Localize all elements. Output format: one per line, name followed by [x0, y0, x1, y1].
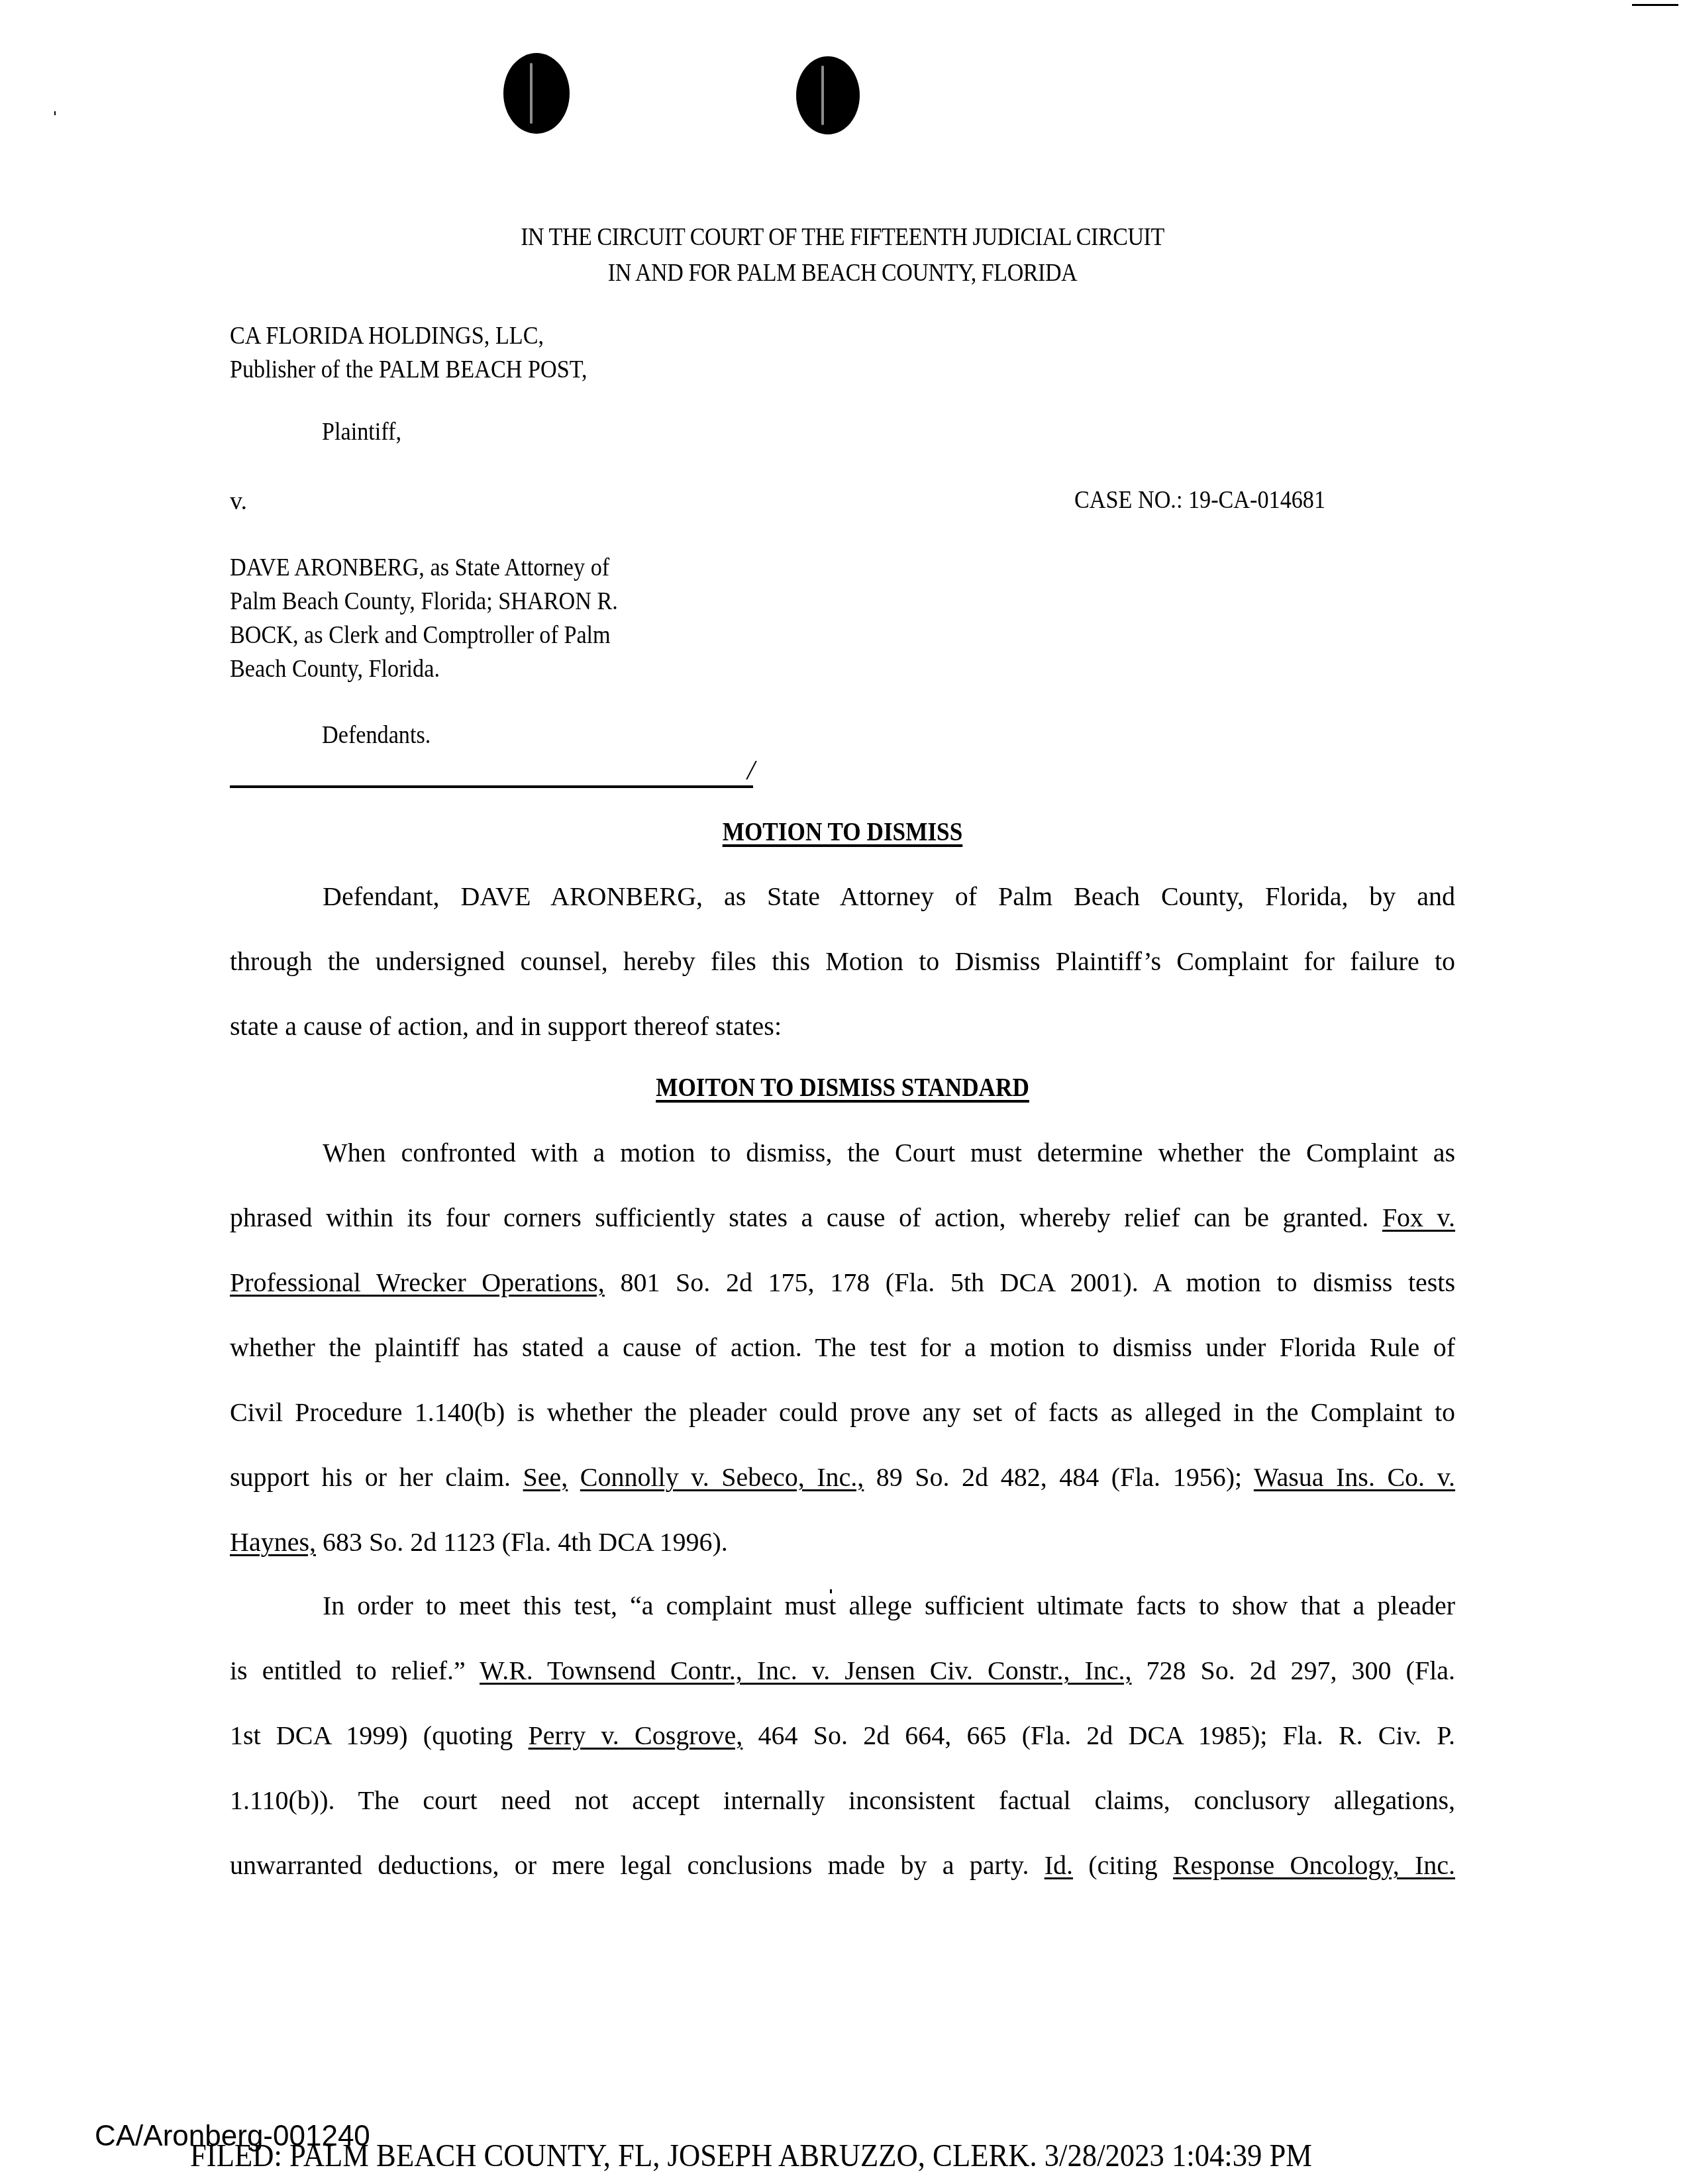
standard-paragraph-2: In order to meet this test, “a complaint…	[230, 1573, 1455, 1898]
citation-id: Id.	[1045, 1850, 1073, 1880]
p2-line-4: 1.110(b)). The court need not accept int…	[230, 1768, 1455, 1833]
plaintiff-description: Publisher of the PALM BEACH POST,	[230, 353, 587, 387]
defendants-role-label: Defendants.	[322, 720, 431, 750]
court-caption: IN THE CIRCUIT COURT OF THE FIFTEENTH JU…	[68, 220, 1617, 291]
p2-line-2: is entitled to relief.” W.R. Townsend Co…	[230, 1638, 1455, 1703]
p1-line-7: Haynes, 683 So. 2d 1123 (Fla. 4th DCA 19…	[230, 1510, 1455, 1575]
citation-fox: Fox v.	[1382, 1203, 1455, 1232]
intro-line-2: through the undersigned counsel, hereby …	[230, 929, 1455, 994]
citation-perry: Perry v. Cosgrove,	[529, 1720, 743, 1750]
p2-line-3: 1st DCA 1999) (quoting Perry v. Cosgrove…	[230, 1703, 1455, 1768]
case-number: CASE NO.: 19-CA-014681	[1074, 485, 1325, 515]
filing-stamp: FILED: PALM BEACH COUNTY, FL, JOSEPH ABR…	[190, 2138, 1312, 2174]
court-caption-line-2: IN AND FOR PALM BEACH COUNTY, FLORIDA	[68, 256, 1617, 291]
hole-punch-left	[503, 53, 570, 134]
plaintiff-block: CA FLORIDA HOLDINGS, LLC, Publisher of t…	[230, 319, 587, 387]
citation-professional-wrecker: Professional Wrecker Operations,	[230, 1267, 605, 1297]
section-heading: MOITON TO DISMISS STANDARD	[101, 1071, 1584, 1103]
p1-line-4: whether the plaintiff has stated a cause…	[230, 1315, 1455, 1380]
hole-punch-right	[796, 56, 860, 134]
court-caption-line-1: IN THE CIRCUIT COURT OF THE FIFTEENTH JU…	[68, 220, 1617, 256]
citation-connolly: Connolly v. Sebeco, Inc.,	[580, 1462, 864, 1492]
defendant-line-4: Beach County, Florida.	[230, 652, 618, 686]
p2-line-1: In order to meet this test, “a complaint…	[230, 1573, 1455, 1638]
document-title: MOTION TO DISMISS	[101, 816, 1584, 847]
p1-line-2: phrased within its four corners sufficie…	[230, 1185, 1455, 1250]
plaintiff-name: CA FLORIDA HOLDINGS, LLC,	[230, 319, 587, 353]
standard-paragraph-1: When confronted with a motion to dismiss…	[230, 1120, 1455, 1575]
citation-haynes: Haynes,	[230, 1527, 316, 1557]
p1-line-5: Civil Procedure 1.140(b) is whether the …	[230, 1380, 1455, 1445]
citation-response-oncology: Response Oncology, Inc.	[1173, 1850, 1455, 1880]
defendant-line-1: DAVE ARONBERG, as State Attorney of	[230, 551, 618, 585]
signal-see: See,	[523, 1462, 568, 1492]
defendant-line-3: BOCK, as Clerk and Comptroller of Palm	[230, 619, 618, 652]
p2-line-5: unwarranted deductions, or mere legal co…	[230, 1833, 1455, 1898]
defendants-block: DAVE ARONBERG, as State Attorney of Palm…	[230, 551, 618, 686]
defendant-line-2: Palm Beach County, Florida; SHARON R.	[230, 585, 618, 619]
p1-line-1: When confronted with a motion to dismiss…	[230, 1120, 1455, 1185]
caption-slash: /	[747, 755, 755, 787]
citation-townsend: W.R. Townsend Contr., Inc. v. Jensen Civ…	[480, 1656, 1131, 1685]
p1-line-6: support his or her claim. See, Connolly …	[230, 1445, 1455, 1510]
intro-line-1: Defendant, DAVE ARONBERG, as State Attor…	[230, 864, 1455, 929]
versus-label: v.	[230, 487, 247, 516]
p1-line-3: Professional Wrecker Operations, 801 So.…	[230, 1250, 1455, 1315]
plaintiff-role-label: Plaintiff,	[322, 417, 401, 446]
scan-corner-mark	[1632, 4, 1678, 6]
intro-paragraph: Defendant, DAVE ARONBERG, as State Attor…	[230, 864, 1455, 1059]
citation-wasua: Wasua Ins. Co. v.	[1254, 1462, 1455, 1492]
intro-line-3: state a cause of action, and in support …	[230, 994, 1455, 1059]
scan-speck	[54, 111, 56, 115]
caption-signature-rule	[230, 785, 753, 788]
